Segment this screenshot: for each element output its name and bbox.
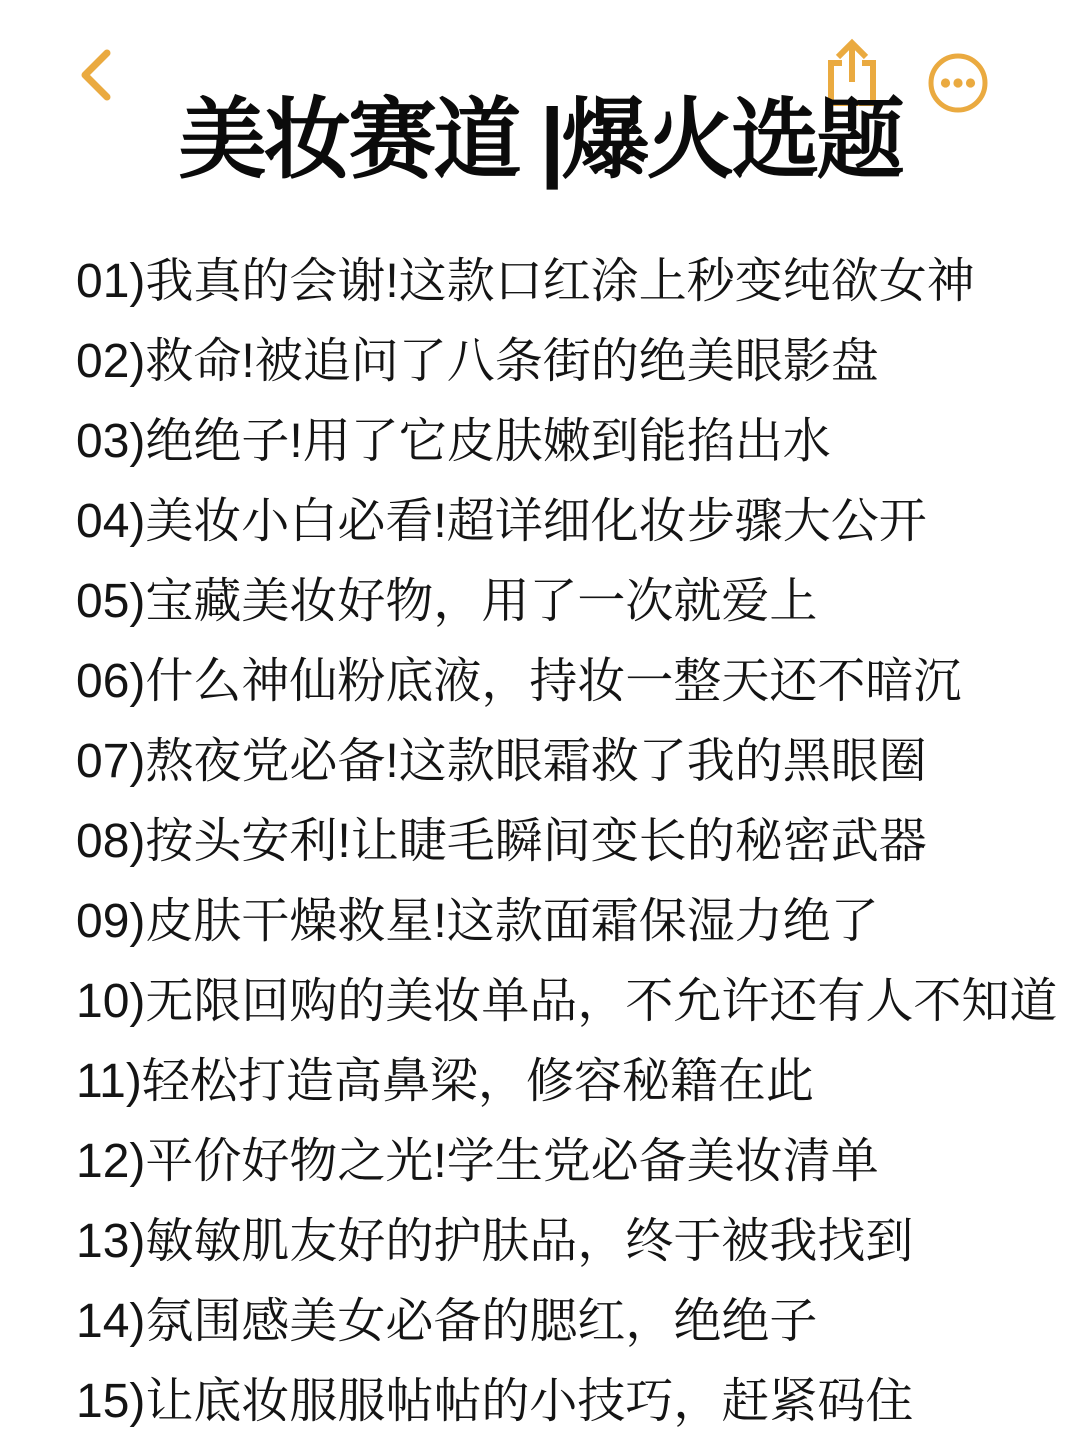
note-title: 美妆赛道 |爆火选题: [0, 88, 1080, 192]
list-item: 12)平价好物之光!学生党必备美妆清单: [76, 1116, 1074, 1196]
list-item: 15)让底妆服服帖帖的小技巧，赶紧码住: [76, 1356, 1074, 1436]
list-item: 01)我真的会谢!这款口红涂上秒变纯欲女神: [76, 236, 1074, 316]
list-item: 09)皮肤干燥救星!这款面霜保湿力绝了: [76, 876, 1074, 956]
list-item: 14)氛围感美女必备的腮红，绝绝子: [76, 1276, 1074, 1356]
list-item: 11)轻松打造高鼻梁，修容秘籍在此: [76, 1036, 1074, 1116]
list-item: 04)美妆小白必看!超详细化妆步骤大公开: [76, 476, 1074, 556]
list-item: 03)绝绝子!用了它皮肤嫩到能掐出水: [76, 396, 1074, 476]
list-item: 05)宝藏美妆好物，用了一次就爱上: [76, 556, 1074, 636]
list-item: 08)按头安利!让睫毛瞬间变长的秘密武器: [76, 796, 1074, 876]
list-item: 13)敏敏肌友好的护肤品，终于被我找到: [76, 1196, 1074, 1276]
list-item: 06)什么神仙粉底液，持妆一整天还不暗沉: [76, 636, 1074, 716]
list-item: 02)救命!被追问了八条街的绝美眼影盘: [76, 316, 1074, 396]
list-item: 07)熬夜党必备!这款眼霜救了我的黑眼圈: [76, 716, 1074, 796]
list-item: 10)无限回购的美妆单品，不允许还有人不知道: [76, 956, 1074, 1036]
notes-app-screen: 美妆赛道 |爆火选题 01)我真的会谢!这款口红涂上秒变纯欲女神 02)救命!被…: [0, 0, 1080, 1443]
note-body[interactable]: 01)我真的会谢!这款口红涂上秒变纯欲女神 02)救命!被追问了八条街的绝美眼影…: [76, 236, 1074, 1436]
